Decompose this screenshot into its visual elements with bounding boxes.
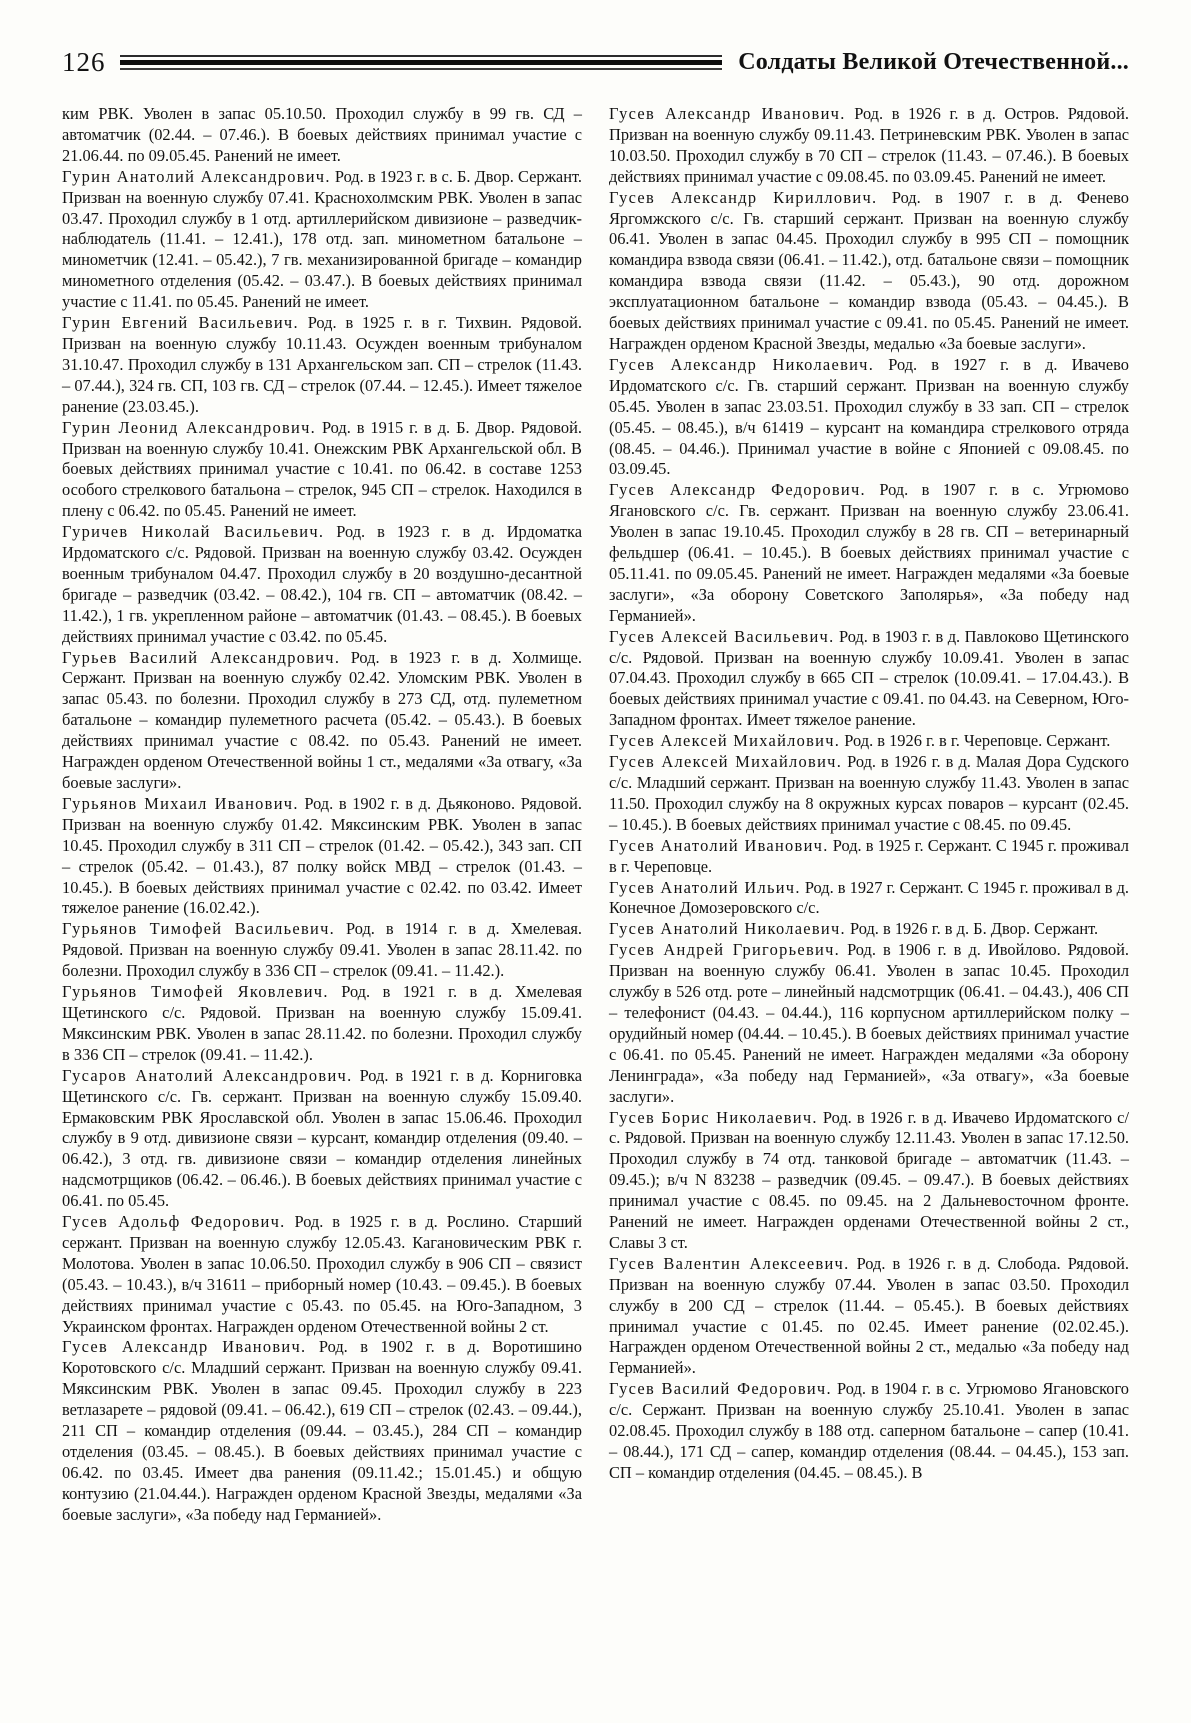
entry-name: Гусев Алексей Васильевич.	[609, 627, 834, 646]
entry-name: Гурин Анатолий Александрович.	[62, 167, 331, 186]
header-rule-thick-mid	[120, 60, 723, 65]
header-rule-thin-bottom	[120, 68, 723, 70]
entry-name: Гусев Адольф Федорович.	[62, 1212, 286, 1231]
entry-name: Гусев Александр Иванович.	[609, 104, 846, 123]
entry-name: Гусев Алексей Михайлович.	[609, 731, 840, 750]
entry-name: Гурьев Василий Александрович.	[62, 648, 340, 667]
text-columns: ким РВК. Уволен в запас 05.10.50. Проход…	[62, 104, 1129, 1526]
entry-paragraph: Гусев Адольф Федорович. Род. в 1925 г. в…	[62, 1212, 582, 1337]
entry-name: Гурин Евгений Васильевич.	[62, 313, 299, 332]
entry-paragraph: Гусев Валентин Алексеевич. Род. в 1926 г…	[609, 1254, 1129, 1379]
book-page: 126 Солдаты Великой Отечественной... ким…	[0, 0, 1191, 1723]
entry-text: Род. в 1907 г. в с. Угрюмово Ягановского…	[609, 480, 1129, 624]
entry-paragraph: Гусев Анатолий Николаевич. Род. в 1926 г…	[609, 919, 1129, 940]
entry-paragraph: Гурьянов Михаил Иванович. Род. в 1902 г.…	[62, 794, 582, 919]
entry-paragraph: ким РВК. Уволен в запас 05.10.50. Проход…	[62, 104, 582, 167]
header-rule	[120, 54, 723, 71]
entry-paragraph: Гусев Анатолий Иванович. Род. в 1925 г. …	[609, 836, 1129, 878]
entry-text: Род. в 1926 г. в г. Череповце. Сержант.	[840, 731, 1110, 750]
entry-paragraph: Гурьянов Тимофей Васильевич. Род. в 1914…	[62, 919, 582, 982]
entry-text: Род. в 1923 г. в с. Б. Двор. Сержант. Пр…	[62, 167, 582, 311]
entry-name: Гусев Александр Иванович.	[62, 1337, 306, 1356]
entry-paragraph: Гурьянов Тимофей Яковлевич. Род. в 1921 …	[62, 982, 582, 1066]
entry-paragraph: Гусев Борис Николаевич. Род. в 1926 г. в…	[609, 1108, 1129, 1254]
entry-name: Гусев Алексей Михайлович.	[609, 752, 842, 771]
entry-name: Гусев Андрей Григорьевич.	[609, 940, 840, 959]
header-rule-thin-top	[120, 55, 723, 57]
entry-name: Гусев Анатолий Иванович.	[609, 836, 829, 855]
entry-paragraph: Гурин Леонид Александрович. Род. в 1915 …	[62, 418, 582, 523]
entry-name: Гурин Леонид Александрович.	[62, 418, 316, 437]
entry-text: Род. в 1923 г. в д. Холмище. Сержант. Пр…	[62, 648, 582, 792]
entry-name: Гусев Анатолий Николаевич.	[609, 919, 846, 938]
entry-text: Род. в 1926 г. в д. Б. Двор. Сержант.	[846, 919, 1098, 938]
entry-paragraph: Гусев Александр Иванович. Род. в 1926 г.…	[609, 104, 1129, 188]
left-column: ким РВК. Уволен в запас 05.10.50. Проход…	[62, 104, 582, 1526]
page-number: 126	[62, 49, 106, 76]
entry-text: ким РВК. Уволен в запас 05.10.50. Проход…	[62, 104, 582, 165]
running-head: 126 Солдаты Великой Отечественной...	[62, 44, 1129, 80]
entry-name: Гурьянов Михаил Иванович.	[62, 794, 299, 813]
entry-text: Род. в 1906 г. в д. Ивойлово. Рядовой. П…	[609, 940, 1129, 1105]
entry-name: Гусев Василий Федорович.	[609, 1379, 832, 1398]
entry-paragraph: Гусев Александр Иванович. Род. в 1902 г.…	[62, 1337, 582, 1525]
entry-name: Гусев Борис Николаевич.	[609, 1108, 818, 1127]
entry-name: Гусаров Анатолий Александрович.	[62, 1066, 352, 1085]
entry-paragraph: Гурин Анатолий Александрович. Род. в 192…	[62, 167, 582, 313]
entry-paragraph: Гусев Андрей Григорьевич. Род. в 1906 г.…	[609, 940, 1129, 1107]
entry-paragraph: Гуричев Николай Васильевич. Род. в 1923 …	[62, 522, 582, 647]
entry-name: Гусев Валентин Алексеевич.	[609, 1254, 850, 1273]
running-head-title: Солдаты Великой Отечественной...	[738, 50, 1129, 74]
entry-paragraph: Гусев Александр Кириллович. Род. в 1907 …	[609, 188, 1129, 355]
entry-text: Род. в 1907 г. в д. Фенево Яргомжского с…	[609, 188, 1129, 353]
entry-paragraph: Гурьев Василий Александрович. Род. в 192…	[62, 648, 582, 794]
entry-paragraph: Гурин Евгений Васильевич. Род. в 1925 г.…	[62, 313, 582, 418]
entry-paragraph: Гусев Александр Федорович. Род. в 1907 г…	[609, 480, 1129, 626]
entry-paragraph: Гусев Алексей Михайлович. Род. в 1926 г.…	[609, 752, 1129, 836]
entry-name: Гусев Анатолий Ильич.	[609, 878, 801, 897]
entry-text: Род. в 1921 г. в д. Корниговка Щетинског…	[62, 1066, 582, 1210]
entry-text: Род. в 1902 г. в д. Воротишино Коротовск…	[62, 1337, 582, 1523]
right-column: Гусев Александр Иванович. Род. в 1926 г.…	[609, 104, 1129, 1526]
entry-paragraph: Гусев Алексей Васильевич. Род. в 1903 г.…	[609, 627, 1129, 732]
entry-paragraph: Гусев Анатолий Ильич. Род. в 1927 г. Сер…	[609, 878, 1129, 920]
entry-name: Гуричев Николай Васильевич.	[62, 522, 324, 541]
entry-name: Гусев Александр Кириллович.	[609, 188, 877, 207]
entry-paragraph: Гусев Алексей Михайлович. Род. в 1926 г.…	[609, 731, 1129, 752]
entry-paragraph: Гусев Александр Николаевич. Род. в 1927 …	[609, 355, 1129, 480]
entry-name: Гурьянов Тимофей Васильевич.	[62, 919, 335, 938]
entry-text: Род. в 1926 г. в д. Ивачево Ирдоматского…	[609, 1108, 1129, 1252]
entry-name: Гусев Александр Федорович.	[609, 480, 866, 499]
entry-paragraph: Гусев Василий Федорович. Род. в 1904 г. …	[609, 1379, 1129, 1484]
entry-name: Гусев Александр Николаевич.	[609, 355, 874, 374]
entry-name: Гурьянов Тимофей Яковлевич.	[62, 982, 329, 1001]
entry-paragraph: Гусаров Анатолий Александрович. Род. в 1…	[62, 1066, 582, 1212]
